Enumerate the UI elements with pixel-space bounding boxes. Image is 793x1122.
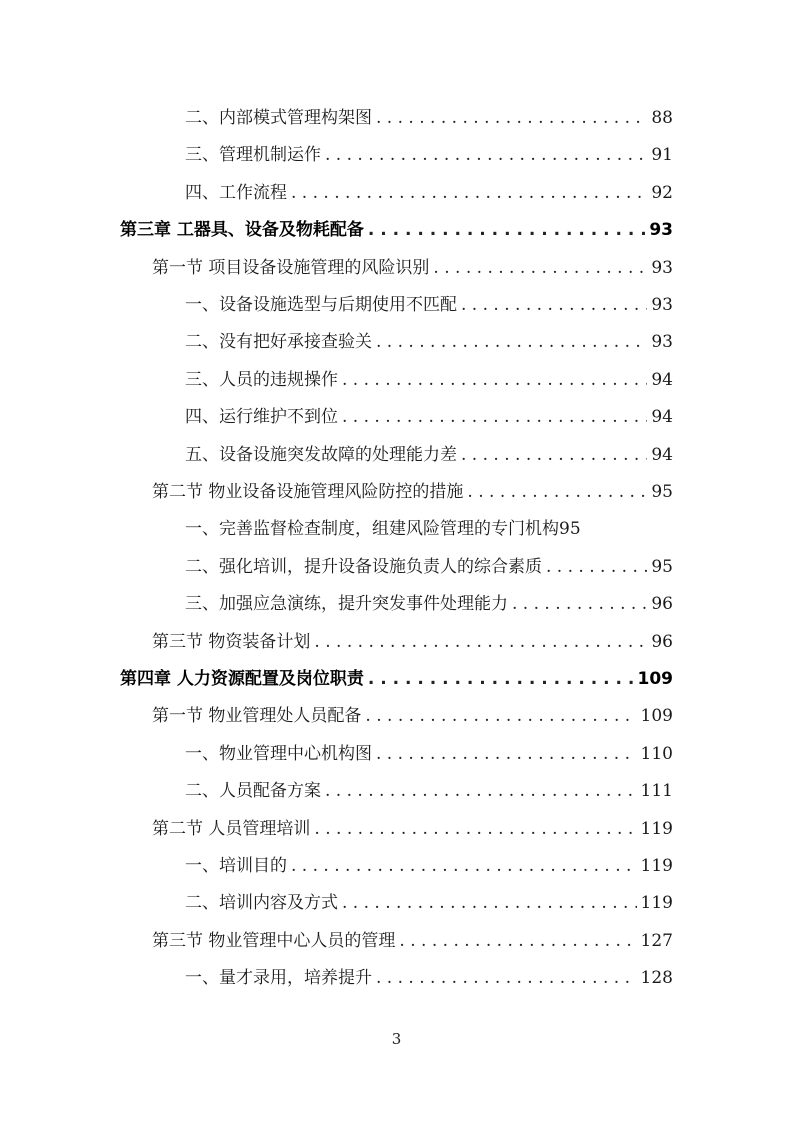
toc-entry-page: 88 — [651, 100, 673, 137]
leader-dots — [368, 212, 645, 249]
toc-entry-title: 二、培训内容及方式 — [185, 885, 338, 922]
toc-entry-title: 一、完善监督检查制度，组建风险管理的专门机构 — [185, 511, 559, 548]
toc-entry-page: 91 — [651, 137, 673, 174]
toc-entry-title: 四、运行维护不到位 — [185, 399, 338, 436]
toc-entry-page: 96 — [651, 586, 673, 623]
toc-entry-title: 第四章 人力资源配置及岗位职责 — [120, 661, 364, 698]
toc-entry-title: 一、培训目的 — [185, 848, 287, 885]
toc-entry[interactable]: 五、设备设施突发故障的处理能力差94 — [185, 437, 673, 474]
toc-section[interactable]: 第二节 物业设备设施管理风险防控的措施95 — [152, 474, 673, 511]
toc-entry-page: 93 — [651, 250, 673, 287]
toc-entry[interactable]: 四、工作流程92 — [185, 175, 673, 212]
toc-entry-page: 119 — [641, 848, 673, 885]
leader-dots — [291, 175, 647, 212]
toc-entry-title: 一、物业管理中心机构图 — [185, 736, 372, 773]
toc-entry[interactable]: 三、加强应急演练，提升突发事件处理能力96 — [185, 586, 673, 623]
leader-dots — [461, 287, 647, 324]
toc-entry-title: 二、没有把好承接查验关 — [185, 324, 372, 361]
toc-entry-page: 95 — [559, 511, 581, 548]
toc-entry[interactable]: 一、完善监督检查制度，组建风险管理的专门机构95 — [185, 511, 673, 548]
toc-entry-title: 第二节 人员管理培训 — [152, 811, 310, 848]
toc-entry-title: 一、量才录用，培养提升 — [185, 960, 372, 997]
toc-section[interactable]: 第三节 物业管理中心人员的管理127 — [152, 923, 673, 960]
toc-entry-page: 94 — [651, 399, 673, 436]
leader-dots — [368, 661, 634, 698]
leader-dots — [399, 923, 636, 960]
toc-entry-title: 二、人员配备方案 — [185, 773, 321, 810]
toc-entry-title: 一、设备设施选型与后期使用不匹配 — [185, 287, 457, 324]
toc-entry[interactable]: 一、量才录用，培养提升128 — [185, 960, 673, 997]
toc-section[interactable]: 第三节 物资装备计划96 — [152, 624, 673, 661]
toc-entry[interactable]: 一、设备设施选型与后期使用不匹配93 — [185, 287, 673, 324]
leader-dots — [365, 698, 636, 735]
toc-entry[interactable]: 二、强化培训，提升设备设施负责人的综合素质95 — [185, 549, 673, 586]
toc-entry-title: 第三节 物业管理中心人员的管理 — [152, 923, 395, 960]
leader-dots — [342, 399, 647, 436]
toc-entry[interactable]: 三、管理机制运作91 — [185, 137, 673, 174]
leader-dots — [376, 324, 647, 361]
toc-entry[interactable]: 三、人员的违规操作94 — [185, 362, 673, 399]
toc-entry-page: 128 — [641, 960, 673, 997]
leader-dots — [376, 736, 637, 773]
leader-dots — [325, 137, 647, 174]
leader-dots — [512, 586, 647, 623]
toc-entry[interactable]: 二、内部模式管理构架图88 — [185, 100, 673, 137]
leader-dots — [342, 362, 647, 399]
toc-entry-page: 110 — [641, 736, 673, 773]
leader-dots — [376, 100, 647, 137]
toc-entry-page: 96 — [651, 624, 673, 661]
toc-section[interactable]: 第一节 项目设备设施管理的风险识别93 — [152, 250, 673, 287]
leader-dots — [546, 549, 647, 586]
toc-entry-title: 三、加强应急演练，提升突发事件处理能力 — [185, 586, 508, 623]
toc-chapter[interactable]: 第四章 人力资源配置及岗位职责109 — [120, 661, 673, 698]
toc-entry-page: 94 — [651, 437, 673, 474]
leader-dots — [461, 437, 647, 474]
toc-entry-title: 第二节 物业设备设施管理风险防控的措施 — [152, 474, 463, 511]
toc-entry-title: 第三章 工器具、设备及物耗配备 — [120, 212, 364, 249]
leader-dots — [314, 624, 647, 661]
toc-entry-page: 94 — [651, 362, 673, 399]
toc-entry-title: 二、强化培训，提升设备设施负责人的综合素质 — [185, 549, 542, 586]
toc-section[interactable]: 第二节 人员管理培训119 — [152, 811, 673, 848]
toc-entry-page: 92 — [651, 175, 673, 212]
toc-entry-page: 95 — [651, 549, 673, 586]
toc-section[interactable]: 第一节 物业管理处人员配备109 — [152, 698, 673, 735]
toc-entry-page: 93 — [651, 287, 673, 324]
toc-entry[interactable]: 二、培训内容及方式119 — [185, 885, 673, 922]
leader-dots — [325, 773, 637, 810]
toc-entry-page: 95 — [651, 474, 673, 511]
toc-entry-page: 119 — [641, 811, 673, 848]
toc-entry-title: 第三节 物资装备计划 — [152, 624, 310, 661]
leader-dots — [376, 960, 637, 997]
leader-dots — [467, 474, 647, 511]
toc-entry-page: 119 — [641, 885, 673, 922]
toc-chapter[interactable]: 第三章 工器具、设备及物耗配备93 — [120, 212, 673, 249]
toc-entry-page: 109 — [638, 661, 674, 698]
leader-dots — [314, 811, 636, 848]
page-number: 3 — [0, 1030, 793, 1048]
toc-entry[interactable]: 二、人员配备方案111 — [185, 773, 673, 810]
toc-entry[interactable]: 二、没有把好承接查验关93 — [185, 324, 673, 361]
toc-entry-title: 三、管理机制运作 — [185, 137, 321, 174]
toc-entry[interactable]: 一、物业管理中心机构图110 — [185, 736, 673, 773]
toc-entry-title: 四、工作流程 — [185, 175, 287, 212]
leader-dots — [433, 250, 647, 287]
toc-entry-page: 127 — [641, 923, 673, 960]
toc-entry-page: 93 — [651, 324, 673, 361]
toc-entry[interactable]: 一、培训目的119 — [185, 848, 673, 885]
toc-entry-title: 第一节 物业管理处人员配备 — [152, 698, 361, 735]
toc-entry-title: 二、内部模式管理构架图 — [185, 100, 372, 137]
toc-entry-page: 111 — [641, 773, 673, 810]
toc-entry-page: 109 — [641, 698, 673, 735]
toc-entry-page: 93 — [649, 212, 673, 249]
leader-dots — [291, 848, 637, 885]
toc-entry-title: 第一节 项目设备设施管理的风险识别 — [152, 250, 429, 287]
toc-entry-title: 五、设备设施突发故障的处理能力差 — [185, 437, 457, 474]
toc-entry[interactable]: 四、运行维护不到位94 — [185, 399, 673, 436]
leader-dots — [342, 885, 637, 922]
toc-entry-title: 三、人员的违规操作 — [185, 362, 338, 399]
